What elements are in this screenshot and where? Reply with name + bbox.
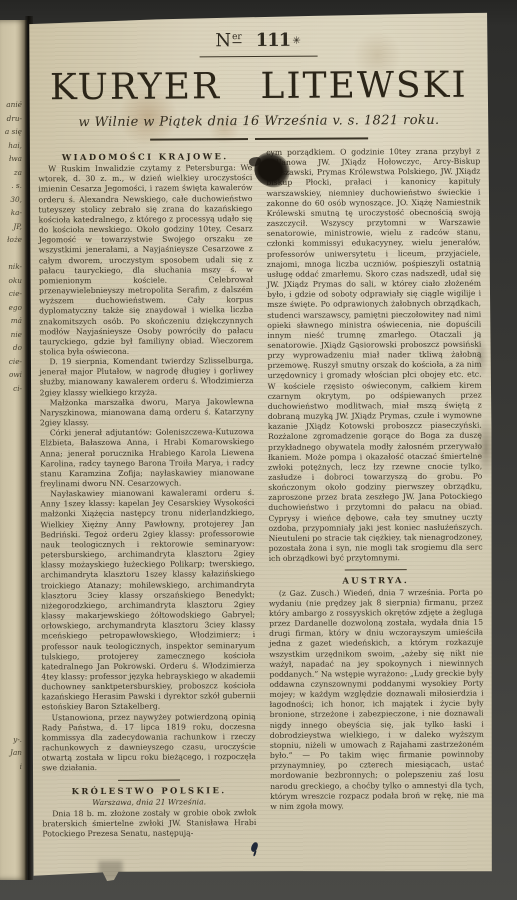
section-header-krolestwo-polskie: KRÓLESTWO POLSKIE. — [42, 785, 256, 796]
paragraph-kommissya: Ustanowiona, przez naywyżey potwierdzoną… — [42, 712, 256, 774]
section-divider-rule — [118, 779, 180, 780]
asterisk-ornament-icon: ✳ — [292, 36, 301, 47]
issue-superscript: er — [232, 32, 242, 43]
paragraph-potocki-funeral-continued: cym porządkiem. O godzinie 10tey zrana p… — [266, 147, 483, 565]
paragraph-ordery: Nayłaskawiey mianowani kawalerami orderu… — [40, 488, 255, 713]
issue-prefix: N — [215, 30, 232, 51]
paragraph-freyliny: Córki jenerał adjutantów: Goleniszczewa-… — [40, 427, 254, 489]
paragraph-potocki-funeral-start: Dnia 18 b. m. złożone zostały w grobie o… — [42, 808, 256, 840]
edge-strip-text-fragments: anié dru- a się hai, łwa za . s. 30, ka-… — [0, 98, 22, 773]
paragraph-petersburg-ceremony: W Ruskim Inwalidzie czytamy z Petersburg… — [38, 163, 253, 357]
newspaper-title: KURYER LITEWSKI — [28, 66, 490, 109]
body-columns: WIADOMOŚCI KRAJOWE. W Ruskim Inwalidzie … — [28, 139, 494, 840]
paragraph-komendant-szlisselburg: D. 19 sierpnia, Komendant twierdzy Szlis… — [39, 356, 253, 398]
masthead: Ner111✳ KURYER LITEWSKI w Wilnie w Piąte… — [27, 13, 490, 142]
ink-speck-stain — [250, 841, 258, 852]
left-column: WIADOMOŚCI KRAJOWE. W Ruskim Inwalidzie … — [38, 148, 256, 840]
right-column: cym porządkiem. O godzinie 10tey zrana p… — [266, 147, 484, 839]
torn-paper-edge — [99, 861, 123, 881]
paragraph-austria-vienna-news: (z Gaz. Zusch.) Wiedeń, dnia 7 września.… — [269, 587, 484, 812]
section-divider-rule — [345, 570, 407, 571]
paragraph-naryszkinowa: Małżonka marszałka dworu, Marya Jakowlew… — [40, 397, 254, 429]
dateline: w Wilnie w Piątek dnia 16 Września v. s.… — [28, 113, 490, 131]
newspaper-page: Ner111✳ KURYER LITEWSKI w Wilnie w Piąte… — [27, 13, 494, 882]
section-header-wiadomosci-krajowe: WIADOMOŚCI KRAJOWE. — [38, 151, 252, 162]
masthead-rule-top — [200, 56, 318, 58]
adjacent-page-edge: anié dru- a się hai, łwa za . s. 30, ka-… — [0, 20, 27, 880]
issue-digits: 111 — [256, 30, 291, 51]
section-header-austrya: AUSTRYA. — [269, 575, 483, 586]
warsaw-dateline: Warszawa, dnia 21 Września. — [42, 797, 256, 808]
issue-number: Ner111✳ — [27, 29, 489, 53]
